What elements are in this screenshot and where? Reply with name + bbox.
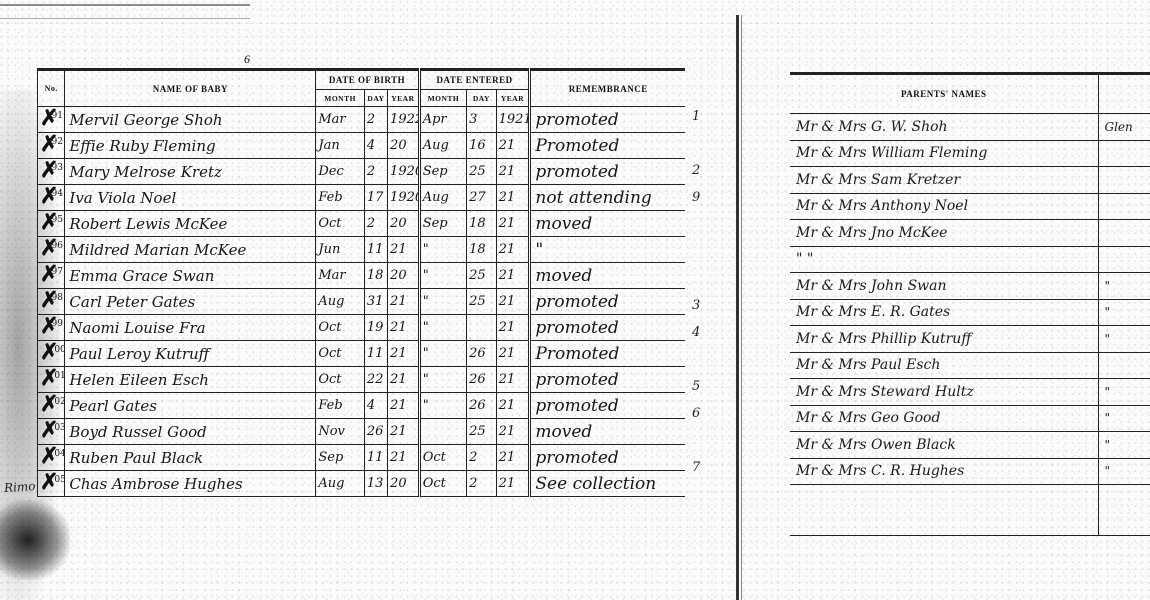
entry-number-text: 92 [51,137,62,147]
entered-day: 26 [467,393,497,419]
remembrance: moved [530,263,685,289]
parents-name: Mr & Mrs John Swan [790,273,1098,300]
next-column-cell: " [1098,273,1150,300]
header-entered-month: Month [419,90,466,107]
parents-row: Mr & Mrs Sam Kretzer [790,167,1150,194]
register-row: ✗104Ruben Paul BlackSep1121Oct221promote… [38,445,686,471]
entered-month [419,419,466,445]
margin-number: 3 [692,298,700,313]
header-remembrance: Remembrance [530,70,685,107]
register-row: ✗97Emma Grace SwanMar1820"2521moved [38,263,686,289]
entry-number: ✗99 [38,315,65,341]
birth-day: 13 [364,471,387,497]
parents-row: Mr & Mrs Geo Good" [790,405,1150,432]
birth-day: 17 [364,185,387,211]
header-date-entered: Date Entered [419,70,530,90]
birth-day: 11 [364,341,387,367]
ink-blot [0,500,70,580]
header-name-of-baby: Name of Baby [65,70,316,107]
parents-row: Mr & Mrs C. R. Hughes" [790,458,1150,485]
remembrance: moved [530,211,685,237]
parents-row: Mr & Mrs Anthony Noel [790,193,1150,220]
margin-number: 1 [692,109,700,124]
entered-year: 21 [496,315,530,341]
birth-month: Jun [316,237,365,263]
birth-month: Aug [316,471,365,497]
baby-name: Chas Ambrose Hughes [65,471,316,497]
register-row: ✗91Mervil George ShohMar21922Apr31921pro… [38,107,686,133]
entered-year: 21 [496,341,530,367]
birth-year: 20 [388,133,420,159]
parents-row: Mr & Mrs Steward Hultz" [790,379,1150,406]
birth-year: 21 [388,237,420,263]
entry-number: ✗103 [38,419,65,445]
parents-row: Mr & Mrs Owen Black" [790,432,1150,459]
birth-day: 22 [364,367,387,393]
next-column-cell: " [1098,432,1150,459]
margin-number: 9 [692,190,700,205]
parents-name: Mr & Mrs Phillip Kutruff [790,326,1098,353]
remembrance: moved [530,419,685,445]
next-column-cell: " [1098,379,1150,406]
entry-number-text: 93 [51,163,62,173]
birth-year: 1920 [388,185,420,211]
remembrance: promoted [530,107,685,133]
scan-edge [0,4,250,19]
parents-name: Mr & Mrs Anthony Noel [790,193,1098,220]
entered-year: 21 [496,185,530,211]
entry-number-text: 95 [51,215,62,225]
next-column-cell [1098,193,1150,220]
birth-month: Feb [316,185,365,211]
baby-name: Helen Eileen Esch [65,367,316,393]
baby-name: Effie Ruby Fleming [65,133,316,159]
birth-month: Oct [316,211,365,237]
header-birth-month: Month [316,90,365,107]
side-note: Rimo [4,479,36,495]
margin-number: 2 [692,163,700,178]
parents-name: " " [790,246,1098,273]
entered-month: " [419,367,466,393]
next-column-cell: Glen [1098,114,1150,141]
register-row: ✗96Mildred Marian McKeeJun1121"1821" [38,237,686,263]
entry-number-text: 91 [51,111,62,121]
entered-month: Aug [419,185,466,211]
entered-month: " [419,263,466,289]
entry-number-text: 101 [49,371,65,381]
entered-month: " [419,289,466,315]
entered-year: 21 [496,237,530,263]
parents-name: Mr & Mrs C. R. Hughes [790,458,1098,485]
remembrance: promoted [530,445,685,471]
entered-day: 25 [467,263,497,289]
margin-number: 5 [692,379,700,394]
birth-year: 1920 [388,159,420,185]
baby-register-table: No. Name of Baby Date of Birth Date Ente… [37,68,685,497]
birth-year: 21 [388,289,420,315]
entered-year: 21 [496,159,530,185]
entered-month: Sep [419,159,466,185]
header-entered-year: Year [496,90,530,107]
birth-day: 18 [364,263,387,289]
remembrance: See collection [530,471,685,497]
parents-names-table: Parents' Names Mr & Mrs G. W. ShohGlenMr… [790,72,1150,536]
birth-month: Jan [316,133,365,159]
next-column-cell: " [1098,458,1150,485]
remembrance: Promoted [530,133,685,159]
entered-year: 21 [496,419,530,445]
entered-month: " [419,315,466,341]
birth-year: 20 [388,263,420,289]
birth-day: 2 [364,159,387,185]
entered-day: 26 [467,341,497,367]
parents-name: Mr & Mrs G. W. Shoh [790,114,1098,141]
entered-month: Apr [419,107,466,133]
entry-number: ✗96 [38,237,65,263]
remembrance: promoted [530,289,685,315]
parents-row: Mr & Mrs Phillip Kutruff" [790,326,1150,353]
remembrance: promoted [530,367,685,393]
remembrance: Promoted [530,341,685,367]
header-birth-day: Day [364,90,387,107]
entered-day: 25 [467,289,497,315]
entered-day: 25 [467,419,497,445]
entered-month: Oct [419,445,466,471]
header-parents-names: Parents' Names [790,74,1098,114]
remembrance: promoted [530,159,685,185]
parents-row: Mr & Mrs E. R. Gates" [790,299,1150,326]
register-row: ✗94Iva Viola NoelFeb171920Aug2721not att… [38,185,686,211]
parents-name [790,485,1098,536]
remembrance: promoted [530,393,685,419]
margin-number: 7 [692,460,700,475]
entered-day: 2 [467,445,497,471]
baby-name: Ruben Paul Black [65,445,316,471]
baby-name: Pearl Gates [65,393,316,419]
entry-number-text: 97 [51,267,62,277]
entered-year: 21 [496,393,530,419]
parents-row: Mr & Mrs Jno McKee [790,220,1150,247]
entered-day: 18 [467,211,497,237]
entered-year: 21 [496,445,530,471]
parents-name: Mr & Mrs Sam Kretzer [790,167,1098,194]
parents-row: Mr & Mrs John Swan" [790,273,1150,300]
birth-year: 21 [388,315,420,341]
remembrance: " [530,237,685,263]
baby-name: Emma Grace Swan [65,263,316,289]
baby-name: Iva Viola Noel [65,185,316,211]
birth-day: 31 [364,289,387,315]
parents-row [790,485,1150,536]
remembrance: promoted [530,315,685,341]
parents-row: " " [790,246,1150,273]
baby-name: Robert Lewis McKee [65,211,316,237]
entry-number-text: 104 [49,449,65,459]
entered-year: 1921 [496,107,530,133]
birth-day: 2 [364,107,387,133]
entered-day [467,315,497,341]
register-row: ✗98Carl Peter GatesAug3121"2521promoted [38,289,686,315]
entry-number-text: 105 [49,475,65,485]
register-row: ✗101Helen Eileen EschOct2221"2621promote… [38,367,686,393]
birth-year: 21 [388,419,420,445]
remembrance: not attending [530,185,685,211]
entered-day: 16 [467,133,497,159]
entered-year: 21 [496,133,530,159]
entry-number: ✗97 [38,263,65,289]
entered-month: Sep [419,211,466,237]
baby-name: Paul Leroy Kutruff [65,341,316,367]
birth-month: Oct [316,341,365,367]
entry-number: ✗102 [38,393,65,419]
header-date-of-birth: Date of Birth [316,70,419,90]
register-row: ✗103Boyd Russel GoodNov26212521moved [38,419,686,445]
birth-month: Feb [316,393,365,419]
header-entered-day: Day [467,90,497,107]
next-column-cell [1098,140,1150,167]
entry-number-text: 102 [49,397,65,407]
margin-number: 6 [692,406,700,421]
baby-name: Mildred Marian McKee [65,237,316,263]
birth-year: 21 [388,445,420,471]
entry-number-text: 99 [51,319,62,329]
entry-number: ✗92 [38,133,65,159]
header-birth-year: Year [388,90,420,107]
entry-number-text: 94 [51,189,62,199]
next-column-cell [1098,485,1150,536]
next-column-cell [1098,167,1150,194]
margin-number: 4 [692,325,700,340]
entered-year: 21 [496,471,530,497]
entry-number: ✗93 [38,159,65,185]
entered-month: Aug [419,133,466,159]
birth-year: 21 [388,341,420,367]
register-row: ✗102Pearl GatesFeb421"2621promoted [38,393,686,419]
next-column-cell [1098,246,1150,273]
entered-month: " [419,341,466,367]
entry-number-text: 103 [49,423,65,433]
header-next-column [1098,74,1150,114]
entered-month: Oct [419,471,466,497]
entry-number: ✗101 [38,367,65,393]
birth-year: 20 [388,211,420,237]
entered-day: 27 [467,185,497,211]
parents-name: Mr & Mrs Steward Hultz [790,379,1098,406]
baby-name: Mervil George Shoh [65,107,316,133]
next-column-cell: " [1098,405,1150,432]
baby-name: Mary Melrose Kretz [65,159,316,185]
entered-day: 26 [467,367,497,393]
birth-month: Mar [316,263,365,289]
book-gutter-edge [741,15,742,600]
next-column-cell: " [1098,326,1150,353]
birth-day: 26 [364,419,387,445]
baby-name: Boyd Russel Good [65,419,316,445]
parents-row: Mr & Mrs G. W. ShohGlen [790,114,1150,141]
entered-month: " [419,237,466,263]
register-row: ✗92Effie Ruby FlemingJan420Aug1621Promot… [38,133,686,159]
parents-name: Mr & Mrs E. R. Gates [790,299,1098,326]
parents-name: Mr & Mrs Jno McKee [790,220,1098,247]
register-row: ✗95Robert Lewis McKeeOct220Sep1821moved [38,211,686,237]
parents-name: Mr & Mrs William Fleming [790,140,1098,167]
parents-name: Mr & Mrs Owen Black [790,432,1098,459]
entry-number: ✗100 [38,341,65,367]
next-column-cell: " [1098,299,1150,326]
book-gutter [736,15,739,600]
birth-year: 1922 [388,107,420,133]
parents-row: Mr & Mrs Paul Esch [790,352,1150,379]
baby-name: Naomi Louise Fra [65,315,316,341]
entered-year: 21 [496,289,530,315]
register-row: ✗93Mary Melrose KretzDec21920Sep2521prom… [38,159,686,185]
birth-day: 4 [364,393,387,419]
birth-day: 2 [364,211,387,237]
birth-day: 4 [364,133,387,159]
entry-number-text: 98 [51,293,62,303]
birth-month: Nov [316,419,365,445]
entry-number: ✗105 [38,471,65,497]
entered-year: 21 [496,211,530,237]
entered-day: 2 [467,471,497,497]
entry-number: ✗94 [38,185,65,211]
entry-number-text: 96 [51,241,62,251]
entered-year: 21 [496,367,530,393]
parents-name: Mr & Mrs Paul Esch [790,352,1098,379]
register-row: ✗99Naomi Louise FraOct1921"21promoted [38,315,686,341]
entered-day: 3 [467,107,497,133]
birth-month: Oct [316,367,365,393]
parents-name: Mr & Mrs Geo Good [790,405,1098,432]
entered-month: " [419,393,466,419]
entry-number: ✗104 [38,445,65,471]
entry-number: ✗91 [38,107,65,133]
birth-day: 19 [364,315,387,341]
next-column-cell [1098,220,1150,247]
birth-month: Dec [316,159,365,185]
register-row: ✗105Chas Ambrose HughesAug1320Oct221See … [38,471,686,497]
entered-year: 21 [496,263,530,289]
parents-row: Mr & Mrs William Fleming [790,140,1150,167]
birth-month: Mar [316,107,365,133]
entry-number-text: 100 [49,345,65,355]
birth-year: 21 [388,393,420,419]
header-no: No. [38,70,65,107]
birth-day: 11 [364,445,387,471]
birth-year: 21 [388,367,420,393]
entered-day: 18 [467,237,497,263]
entered-day: 25 [467,159,497,185]
birth-month: Sep [316,445,365,471]
entry-number: ✗95 [38,211,65,237]
page-marker: 6 [244,52,250,67]
birth-day: 11 [364,237,387,263]
birth-year: 20 [388,471,420,497]
next-column-cell [1098,352,1150,379]
register-row: ✗100Paul Leroy KutruffOct1121"2621Promot… [38,341,686,367]
birth-month: Aug [316,289,365,315]
entry-number: ✗98 [38,289,65,315]
baby-name: Carl Peter Gates [65,289,316,315]
birth-month: Oct [316,315,365,341]
